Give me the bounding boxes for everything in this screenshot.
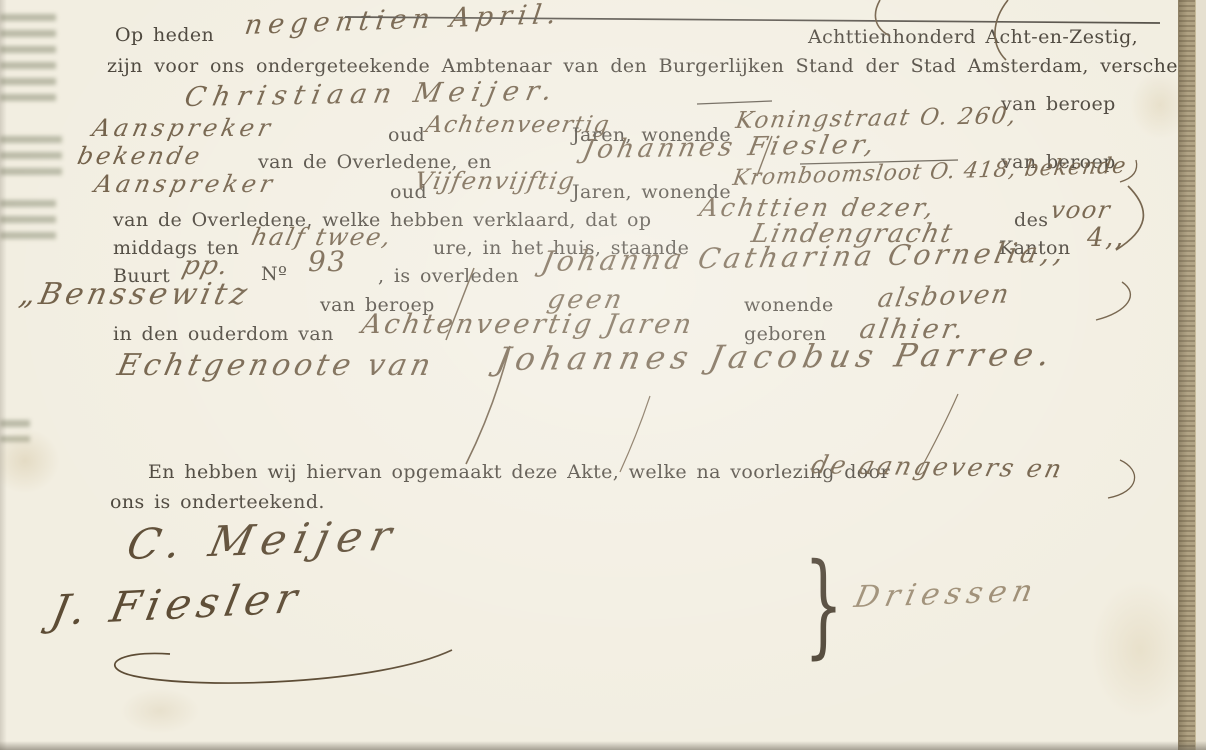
hw-declarant2-age: Vijfenvijftig: [413, 167, 578, 195]
hw-kanton-number: 4,,: [1087, 223, 1125, 253]
hw-de-aangevers-en: de aangevers en: [809, 450, 1068, 483]
hw-spouse-prefix: Echtgenoote van: [114, 348, 437, 383]
hw-death-day: Achttien dezer,: [697, 193, 938, 222]
hw-spouse-name: Johannes Jacobus Parree.: [493, 335, 1059, 378]
printed-des: des: [1014, 209, 1048, 231]
printed-ons-is-onderteekend: ons is onderteekend.: [110, 491, 325, 513]
filler-dash: [697, 101, 772, 104]
hw-declarant1-occupation: Aanspreker: [90, 114, 277, 142]
printed-op-heden: Op heden: [115, 24, 214, 46]
left-edge-shadow: [0, 0, 7, 750]
hw-deceased-residence: alsboven: [875, 279, 1013, 314]
hw-declarant2-occupation: Aanspreker: [92, 170, 279, 198]
hw-deceased-age: Achtenveertig Jaren: [359, 309, 696, 340]
book-page-edge-outer: [1196, 0, 1206, 750]
ghost-text-block: [0, 136, 62, 178]
death-record-page: Op heden negentien April. Achttienhonder…: [0, 0, 1206, 750]
ghost-text-block: [0, 200, 56, 244]
printed-ouderdom-van: in den ouderdom van: [113, 323, 334, 345]
printed-oud-1: oud: [388, 124, 425, 146]
pen-flourish: [1096, 282, 1130, 320]
hw-date-day-month: negentien April.: [243, 0, 564, 41]
hw-voor: voor: [1049, 196, 1114, 224]
paper-stain: [120, 688, 200, 734]
signature-witness2: J. Fiesler: [47, 573, 307, 635]
hw-deceased-surname: „Benssewitz: [16, 277, 254, 312]
ghost-text-block: [0, 14, 56, 104]
brace-glyph: }: [804, 540, 844, 670]
signature-registrar: Driessen: [851, 574, 1042, 615]
paper-stain: [0, 428, 60, 494]
paper-stain: [1090, 580, 1190, 720]
printed-number-sign: Nº: [261, 263, 287, 285]
hw-declarant1-name: Christiaan Meijer.: [182, 76, 562, 113]
signature-witness1: C. Meijer: [123, 511, 404, 569]
signature-underline-flourish: [115, 650, 452, 683]
printed-wonende: wonende: [744, 294, 834, 316]
book-page-edge: [1178, 0, 1196, 750]
hw-house-number: 93: [308, 245, 347, 278]
pen-flourish: [1108, 460, 1135, 498]
printed-closing-sentence: En hebben wij hiervan opgemaakt deze Akt…: [148, 461, 890, 483]
printed-registrar-intro: zijn voor ons ondergeteekende Ambtenaar …: [107, 55, 1206, 77]
hw-bekende-1: bekende: [75, 142, 205, 170]
printed-year: Achttienhonderd Acht-en-Zestig,: [808, 26, 1138, 48]
printed-is-overleden: , is overleden: [378, 265, 519, 287]
bottom-edge-shadow: [0, 741, 1206, 750]
hw-declarant2-name: Johannes Fiesler,: [580, 130, 880, 165]
